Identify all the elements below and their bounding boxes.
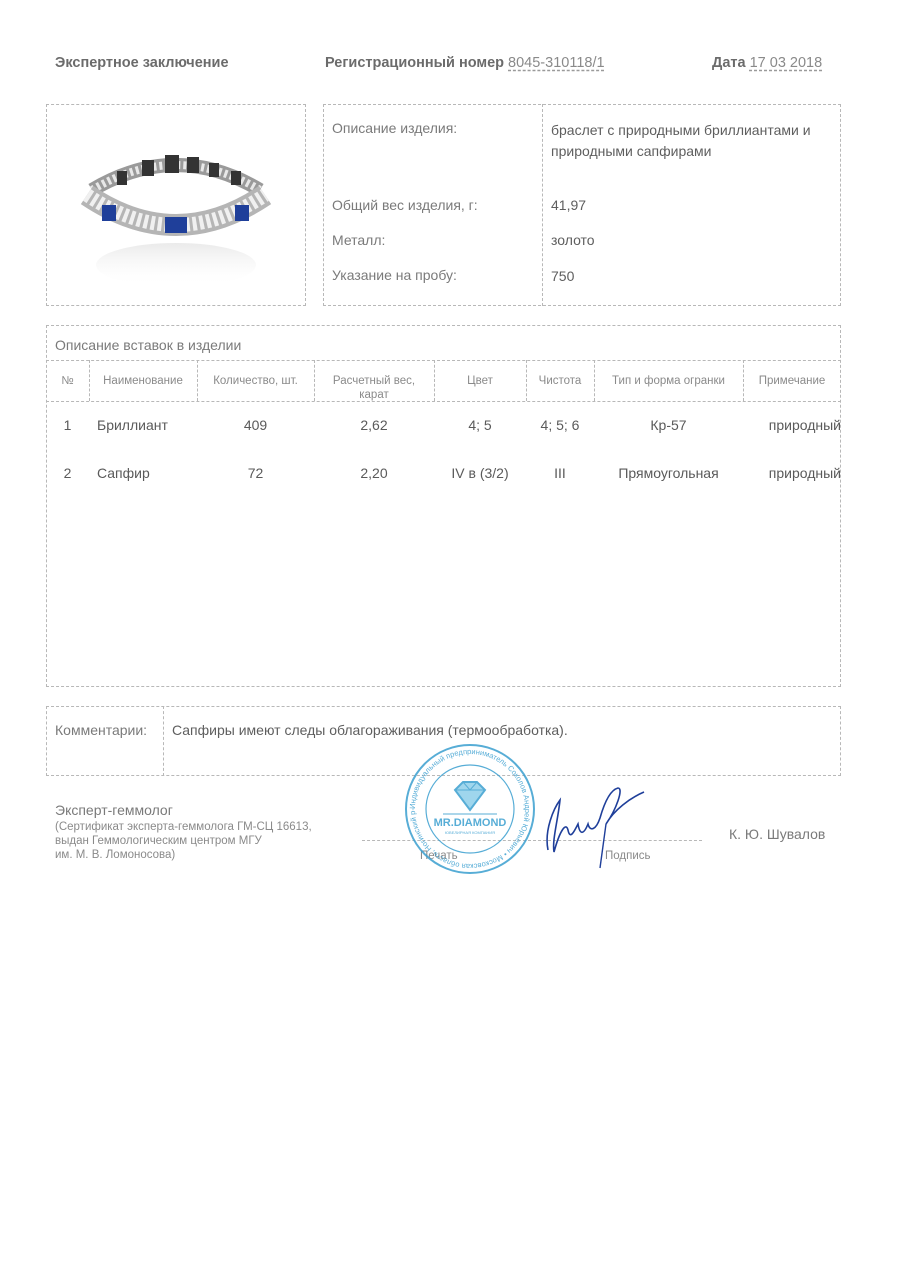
col-weight: Расчетный вес, карат [330, 374, 418, 402]
bracelet-photo-icon [47, 105, 305, 305]
row-color: 4; 5 [434, 417, 526, 433]
comments-label: Комментарии: [55, 722, 147, 738]
row-quantity: 72 [197, 465, 314, 481]
signature [540, 780, 650, 870]
item-description-label: Описание изделия: [332, 120, 457, 136]
item-hallmark-label: Указание на пробу: [332, 267, 457, 283]
item-photo-box [46, 104, 306, 306]
date-label: Дата [712, 55, 746, 71]
row-clarity: III [526, 465, 594, 481]
cert-line-3: им. М. В. Ломоносова) [55, 848, 312, 862]
cert-line-2: выдан Геммологическим центром МГУ [55, 834, 312, 848]
expert-title: Эксперт-геммолог [55, 802, 173, 818]
item-description-value: браслет с природными бриллиантами и прир… [551, 120, 836, 162]
col-number: № [46, 374, 89, 388]
row-quantity: 409 [197, 417, 314, 433]
row-weight: 2,20 [314, 465, 434, 481]
row-note: природный [743, 465, 841, 481]
inserts-title: Описание вставок в изделии [55, 337, 241, 353]
registration-number: Регистрационный номер 8045-310118/1 [325, 55, 605, 71]
date-value: 17 03 2018 [750, 55, 823, 71]
expert-certificate: (Сертификат эксперта-геммолога ГМ-СЦ 166… [55, 820, 312, 862]
col-color: Цвет [434, 374, 526, 388]
item-weight-label: Общий вес изделия, г: [332, 197, 478, 213]
company-stamp: Индивидуальный предприниматель Соколов А… [403, 742, 537, 876]
row-color: IV в (3/2) [434, 465, 526, 481]
col-quantity: Количество, шт. [197, 374, 314, 388]
row-weight: 2,62 [314, 417, 434, 433]
item-weight-value: 41,97 [551, 197, 586, 213]
row-number: 2 [46, 465, 89, 481]
svg-text:MR.DIAMOND: MR.DIAMOND [434, 817, 507, 829]
row-cut: Прямоугольная [594, 465, 743, 481]
item-metal-value: золото [551, 232, 595, 248]
row-cut: Кр-57 [594, 417, 743, 433]
row-number: 1 [46, 417, 89, 433]
col-note: Примечание [743, 374, 841, 388]
item-metal-label: Металл: [332, 232, 385, 248]
cert-line-1: (Сертификат эксперта-геммолога ГМ-СЦ 166… [55, 820, 312, 834]
row-note: природный [743, 417, 841, 433]
row-name: Бриллиант [97, 417, 168, 433]
document-title: Экспертное заключение [55, 55, 229, 71]
svg-text:ЮВЕЛИРНАЯ КОМПАНИЯ: ЮВЕЛИРНАЯ КОМПАНИЯ [445, 830, 495, 835]
row-clarity: 4; 5; 6 [526, 417, 594, 433]
col-cut: Тип и форма огранки [594, 374, 743, 388]
item-hallmark-value: 750 [551, 268, 574, 284]
registration-value: 8045-310118/1 [508, 55, 605, 71]
signature-scribble-icon [540, 780, 650, 870]
row-name: Сапфир [97, 465, 150, 481]
expert-name: К. Ю. Шувалов [729, 826, 825, 842]
registration-label: Регистрационный номер [325, 55, 504, 71]
document-date: Дата 17 03 2018 [712, 55, 822, 71]
col-clarity: Чистота [526, 374, 594, 388]
col-name: Наименование [89, 374, 197, 388]
comments-text: Сапфиры имеют следы облагораживания (тер… [172, 722, 568, 738]
stamp-seal-icon: Индивидуальный предприниматель Соколов А… [403, 742, 537, 876]
